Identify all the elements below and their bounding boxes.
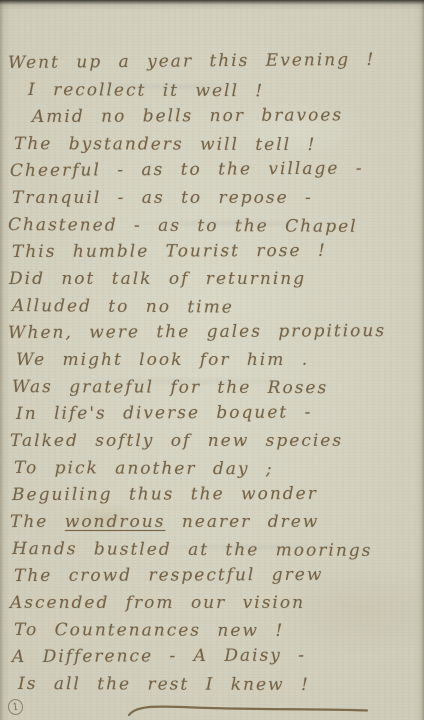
manuscript-page: Went up a year this Evening !I recollect… (0, 0, 424, 720)
manuscript-line: This humble Tourist rose ! (12, 238, 424, 266)
manuscript-line: The crowd respectful grew (14, 562, 424, 590)
manuscript-line: Tranquil - as to repose - (12, 185, 424, 212)
manuscript-line: We might look for him . (16, 347, 424, 374)
page-number: 1 (12, 702, 20, 714)
manuscript-line: Went up a year this Evening ! (8, 46, 424, 77)
manuscript-line: Talked softly of new species (10, 428, 424, 455)
manuscript-line: Ascended from our vision (10, 590, 424, 617)
manuscript-line: To Countenances new ! (14, 617, 424, 645)
manuscript-line: Is all the rest I knew ! (18, 671, 424, 699)
manuscript-line: Was grateful for the Roses (12, 374, 424, 402)
manuscript-line: To pick another day ; (14, 455, 424, 484)
flourish-line (124, 700, 376, 718)
poem-lines: Went up a year this Evening !I recollect… (0, 0, 424, 720)
manuscript-line: A Difference - A Daisy - (12, 642, 424, 671)
manuscript-line: Cheerful - as to the village - (10, 155, 424, 185)
manuscript-line: Amid no bells nor bravoes (32, 102, 424, 131)
manuscript-line: Did not talk of returning (9, 266, 424, 293)
underlined-word: wondrous (65, 512, 166, 532)
manuscript-line: Beguiling thus the wonder (12, 481, 424, 509)
manuscript-line: In life's diverse boquet - (16, 399, 424, 428)
manuscript-line: When, were the gales propitious (8, 318, 424, 347)
manuscript-line: The wondrous nearer drew (10, 509, 424, 536)
